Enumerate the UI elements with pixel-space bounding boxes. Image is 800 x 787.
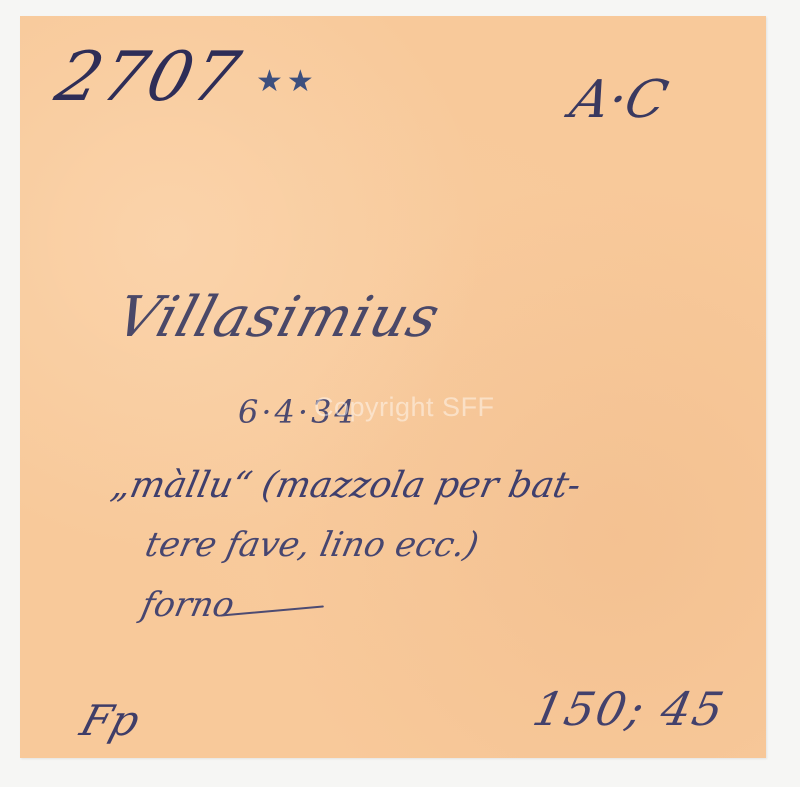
copyright-watermark: Copyright SFF — [314, 392, 495, 423]
pen-stroke — [220, 605, 324, 616]
description-line-1: „màllu“ (mazzola per bat- — [108, 468, 584, 504]
description-line-2: tere fave, lino ecc.) — [142, 528, 481, 562]
collector-initials: Fp — [76, 700, 144, 742]
initials: A·C — [566, 74, 673, 126]
inventory-number: 150; 45 — [529, 686, 729, 732]
archive-index-card: 2707 ★★ A·C Villasimius 6·4·34 Copyright… — [20, 16, 766, 758]
description-line-3: forno — [138, 588, 237, 622]
place-name: Villasimius — [110, 290, 446, 346]
star-marks-icon: ★★ — [256, 64, 318, 99]
catalog-number: 2707 — [50, 44, 248, 112]
